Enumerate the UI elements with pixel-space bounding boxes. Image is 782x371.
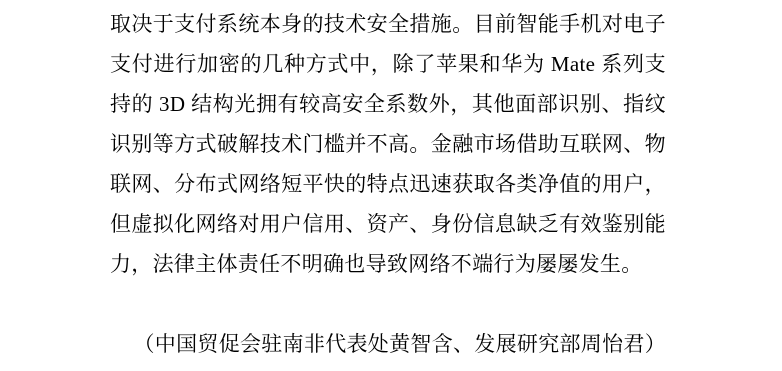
paragraph-line: 力，法律主体责任不明确也导致网络不端行为屡屡发生。 xyxy=(110,244,666,284)
paragraph-line: 但虚拟化网络对用户信用、资产、身份信息缺乏有效鉴别能 xyxy=(110,204,666,244)
paragraph-spacer xyxy=(110,284,666,324)
paragraph-line: 持的 3D 结构光拥有较高安全系数外，其他面部识别、指纹 xyxy=(110,84,666,124)
paragraph-line: 取决于支付系统本身的技术安全措施。目前智能手机对电子 xyxy=(110,4,666,44)
document-page: 取决于支付系统本身的技术安全措施。目前智能手机对电子 支付进行加密的几种方式中，… xyxy=(0,0,782,371)
paragraph-line: 支付进行加密的几种方式中，除了苹果和华为 Mate 系列支 xyxy=(110,44,666,84)
body-paragraph: 取决于支付系统本身的技术安全措施。目前智能手机对电子 支付进行加密的几种方式中，… xyxy=(110,4,666,284)
attribution-line: （中国贸促会驻南非代表处黄智含、发展研究部周怡君） xyxy=(110,324,666,364)
paragraph-line: 联网、分布式网络短平快的特点迅速获取各类净值的用户， xyxy=(110,164,666,204)
paragraph-line: 识别等方式破解技术门槛并不高。金融市场借助互联网、物 xyxy=(110,124,666,164)
